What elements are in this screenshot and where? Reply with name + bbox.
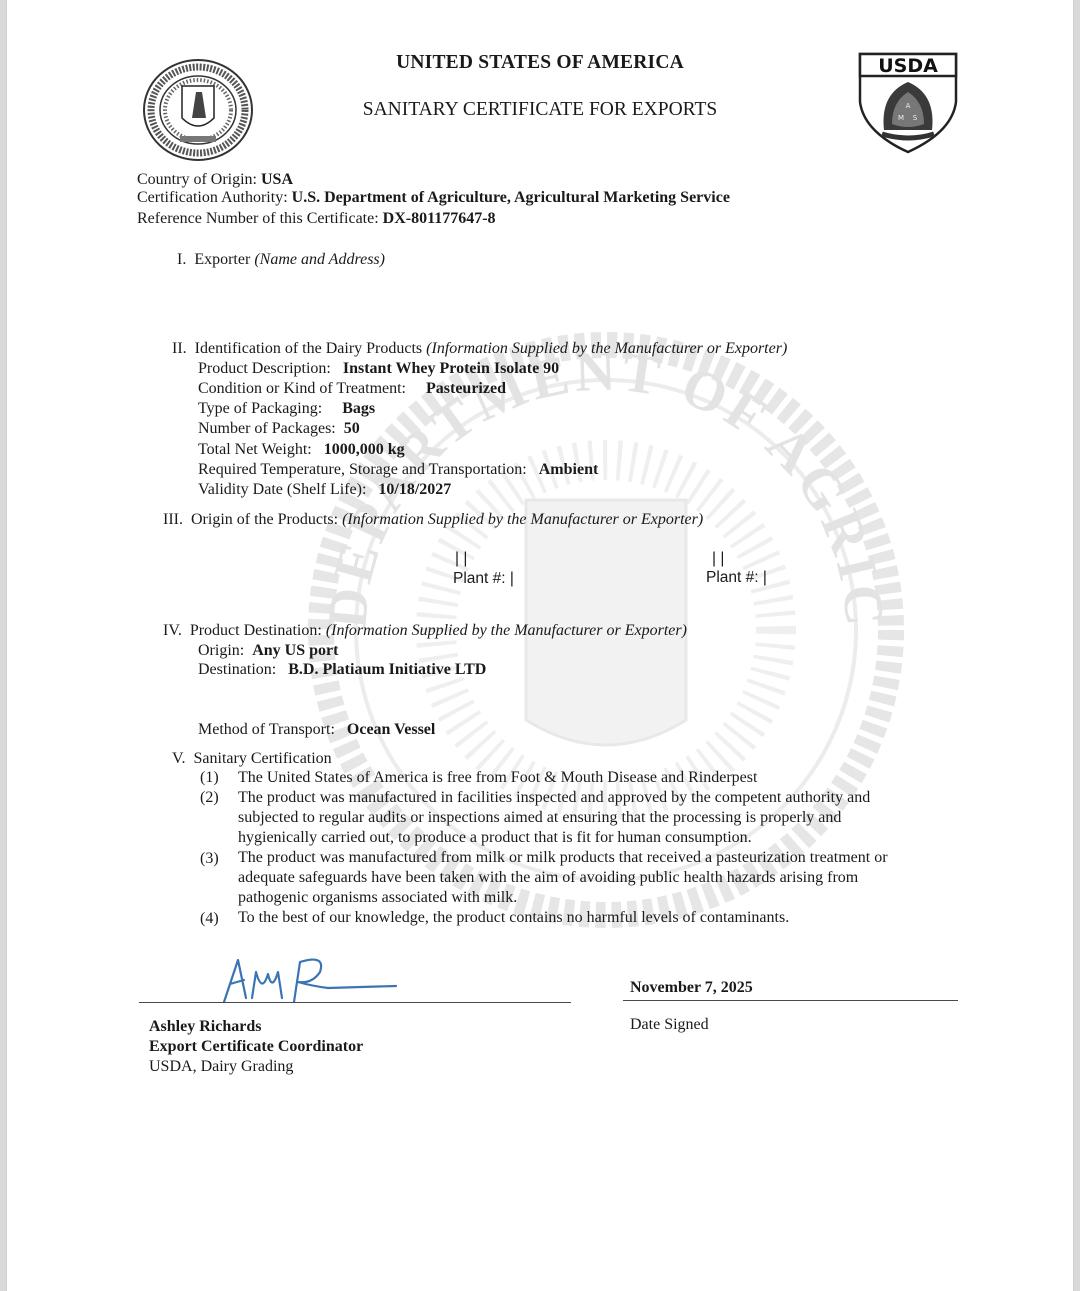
plant-number-2: Plant #: | <box>706 569 767 587</box>
certification-item-2-line-3: hygienically carried out, to produce a p… <box>238 829 752 847</box>
certification-authority: Certification Authority: U.S. Department… <box>137 189 730 207</box>
certification-item-2-line-2: subjected to regular audits or inspectio… <box>238 809 841 827</box>
field-package-count: Number of Packages: 50 <box>198 420 360 438</box>
field-destination: Destination: B.D. Platiaum Initiative LT… <box>198 661 486 679</box>
section-sanitary-heading: V. Sanitary Certification <box>172 750 332 768</box>
plant-marks-1: | | <box>455 550 467 568</box>
signer-organization: USDA, Dairy Grading <box>149 1058 293 1076</box>
country-of-origin-value: USA <box>261 171 293 188</box>
svg-text:S: S <box>913 114 918 122</box>
certification-item-2-number: (2) <box>200 789 219 807</box>
field-transport-method: Method of Transport: Ocean Vessel <box>198 721 435 739</box>
certification-item-3-number: (3) <box>200 850 219 868</box>
usda-ams-shield-icon: USDA A M S <box>856 50 960 154</box>
certification-item-1: The United States of America is free fro… <box>238 769 757 787</box>
plant-number-1: Plant #: | <box>453 570 514 588</box>
field-origin-port: Origin: Any US port <box>198 642 338 660</box>
section-identification-heading: II. Identification of the Dairy Products… <box>172 340 787 358</box>
field-validity-date: Validity Date (Shelf Life): 10/18/2027 <box>198 481 451 499</box>
certification-item-4: To the best of our knowledge, the produc… <box>238 909 789 927</box>
signature-line <box>139 1002 571 1003</box>
section-destination-heading: IV. Product Destination: (Information Su… <box>163 622 687 640</box>
date-signed-value: November 7, 2025 <box>630 979 753 997</box>
signer-role: Export Certificate Coordinator <box>149 1038 363 1056</box>
certification-item-1-number: (1) <box>200 769 219 787</box>
certification-item-3-line-1: The product was manufactured from milk o… <box>238 849 888 867</box>
field-net-weight: Total Net Weight: 1000,000 kg <box>198 441 405 459</box>
svg-text:M: M <box>898 114 904 122</box>
svg-text:USDA: USDA <box>878 55 938 77</box>
field-product-description: Product Description: Instant Whey Protei… <box>198 360 559 378</box>
certification-item-3-line-2: adequate safeguards have been taken with… <box>238 869 858 887</box>
certification-item-4-number: (4) <box>200 910 219 928</box>
field-temperature: Required Temperature, Storage and Transp… <box>198 461 598 479</box>
reference-number-value: DX-801177647-8 <box>383 210 496 227</box>
field-treatment: Condition or Kind of Treatment: Pasteuri… <box>198 380 506 398</box>
certification-authority-value: U.S. Department of Agriculture, Agricult… <box>292 189 730 206</box>
country-of-origin: Country of Origin: USA <box>137 171 293 189</box>
plant-marks-2: | | <box>712 550 724 568</box>
reference-number: Reference Number of this Certificate: DX… <box>137 210 496 228</box>
certification-item-3-line-3: pathogenic organisms associated with mil… <box>238 889 517 907</box>
svg-text:A: A <box>906 102 911 110</box>
signer-name: Ashley Richards <box>149 1018 261 1036</box>
date-signed-label: Date Signed <box>630 1016 709 1034</box>
field-packaging-type: Type of Packaging: Bags <box>198 400 375 418</box>
certification-item-2-line-1: The product was manufactured in faciliti… <box>238 789 870 807</box>
certificate-page: DEPARTMENT OF AGRICULTURE UNITED STATES … <box>6 0 1074 1291</box>
date-line <box>623 1000 958 1001</box>
signature-initials <box>216 948 406 1008</box>
section-origin-heading: III. Origin of the Products: (Informatio… <box>163 511 703 529</box>
section-exporter: I. Exporter (Name and Address) <box>177 251 385 269</box>
